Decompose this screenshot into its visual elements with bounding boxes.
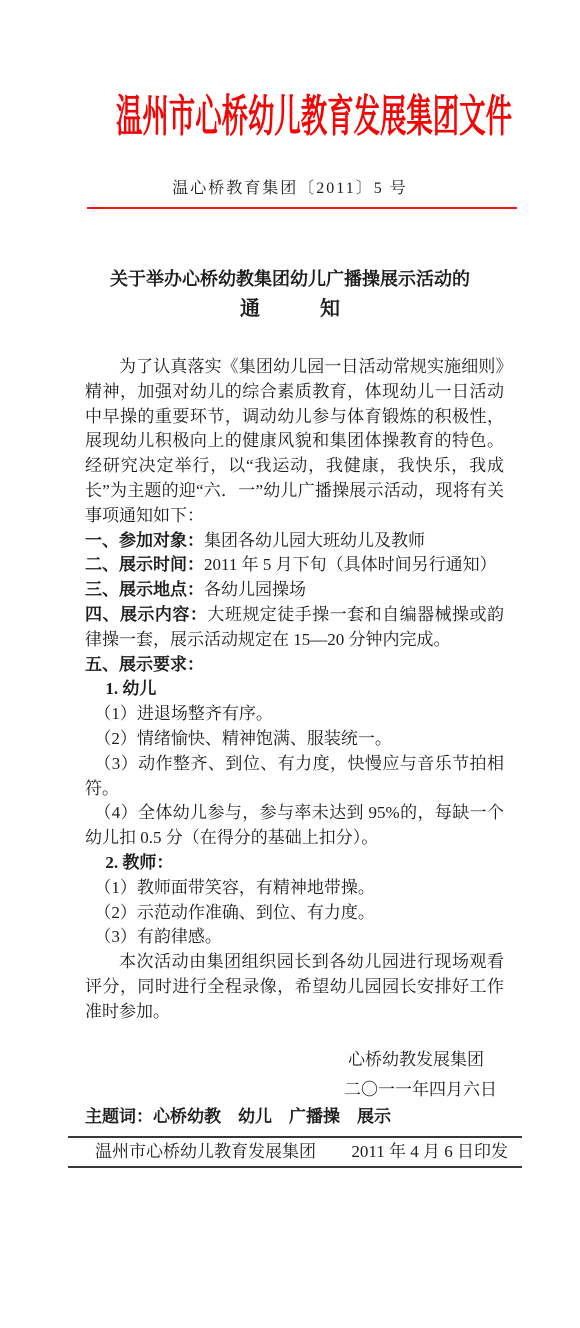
item-requirements-label: 五、展示要求：	[85, 655, 204, 674]
closing-paragraph: 本次活动由集团组织园长到各幼儿园进行现场观看评分，同时进行全程录像，希望幼儿园园…	[85, 950, 504, 1024]
red-header-title: 温州市心桥幼儿教育发展集团文件	[116, 94, 464, 140]
item-time: 二、展示时间：2011 年 5 月下旬（具体时间另行通知）	[85, 553, 504, 578]
item-participants-text: 集团各幼儿园大班幼儿及教师	[204, 531, 425, 550]
item-location-label: 三、展示地点：	[85, 580, 204, 599]
issue-line: 温州市心桥幼儿教育发展集团 2011 年 4 月 6 日印发	[68, 1138, 522, 1166]
keywords-label: 主题词：	[85, 1107, 153, 1126]
item-requirements: 五、展示要求：	[85, 653, 504, 678]
keywords-text: 心桥幼教 幼儿 广播操 展示	[153, 1107, 391, 1126]
item-participants: 一、参加对象：集团各幼儿园大班幼儿及教师	[85, 529, 504, 554]
doc-number: 温心桥教育集团〔2011〕5 号	[0, 178, 580, 200]
item-location-text: 各幼儿园操场	[204, 580, 306, 599]
item-content: 四、展示内容：大班规定徒手操一套和自编器械操或韵律操一套，展示活动规定在 15—…	[85, 603, 504, 653]
notice-title-line1: 关于举办心桥幼教集团幼儿广播操展示活动的	[0, 266, 580, 292]
item-time-text: 2011 年 5 月下旬（具体时间另行通知）	[204, 555, 497, 574]
item-participants-label: 一、参加对象：	[85, 531, 204, 550]
signature-organization: 心桥幼教发展集团	[0, 1045, 497, 1075]
teachers-requirement-2: （2）示范动作准确、到位、有力度。	[85, 901, 504, 926]
sub-section-teachers-title: 2. 教师：	[85, 851, 504, 876]
children-requirement-3: （3）动作整齐、到位、有力度，快慢应与音乐节拍相符。	[85, 752, 504, 802]
notice-title-line2: 通 知	[0, 296, 580, 322]
notice-body: 为了认真落实《集团幼儿园一日活动常规实施细则》精神，加强对幼儿的综合素质教育，体…	[85, 355, 504, 1025]
item-location: 三、展示地点：各幼儿园操场	[85, 578, 504, 603]
sub-section-children-title: 1. 幼儿	[85, 677, 504, 702]
footer-divider-bottom	[68, 1166, 522, 1168]
document-page: 温州市心桥幼儿教育发展集团文件 温心桥教育集团〔2011〕5 号 关于举办心桥幼…	[0, 0, 580, 1328]
issuer-name: 温州市心桥幼儿教育发展集团	[95, 1141, 316, 1163]
print-date: 2011 年 4 月 6 日印发	[351, 1141, 508, 1163]
signature-block: 心桥幼教发展集团 二〇一一年四月六日	[0, 1045, 497, 1105]
footer: 主题词：心桥幼教 幼儿 广播操 展示 温州市心桥幼儿教育发展集团 2011 年 …	[0, 1106, 580, 1168]
children-requirement-4: （4）全体幼儿参与，参与率未达到 95%的，每缺一个幼儿扣 0.5 分（在得分的…	[85, 801, 504, 851]
teachers-requirement-3: （3）有韵律感。	[85, 925, 504, 950]
children-requirement-2: （2）情绪愉快、精神饱满、服装统一。	[85, 727, 504, 752]
item-content-label: 四、展示内容：	[85, 605, 207, 624]
item-time-label: 二、展示时间：	[85, 555, 204, 574]
children-requirement-1: （1）进退场整齐有序。	[85, 702, 504, 727]
red-divider-line	[87, 207, 517, 209]
intro-paragraph: 为了认真落实《集团幼儿园一日活动常规实施细则》精神，加强对幼儿的综合素质教育，体…	[85, 355, 504, 529]
teachers-requirement-1: （1）教师面带笑容，有精神地带操。	[85, 876, 504, 901]
keywords-line: 主题词：心桥幼教 幼儿 广播操 展示	[85, 1106, 580, 1128]
signature-date: 二〇一一年四月六日	[0, 1075, 497, 1105]
